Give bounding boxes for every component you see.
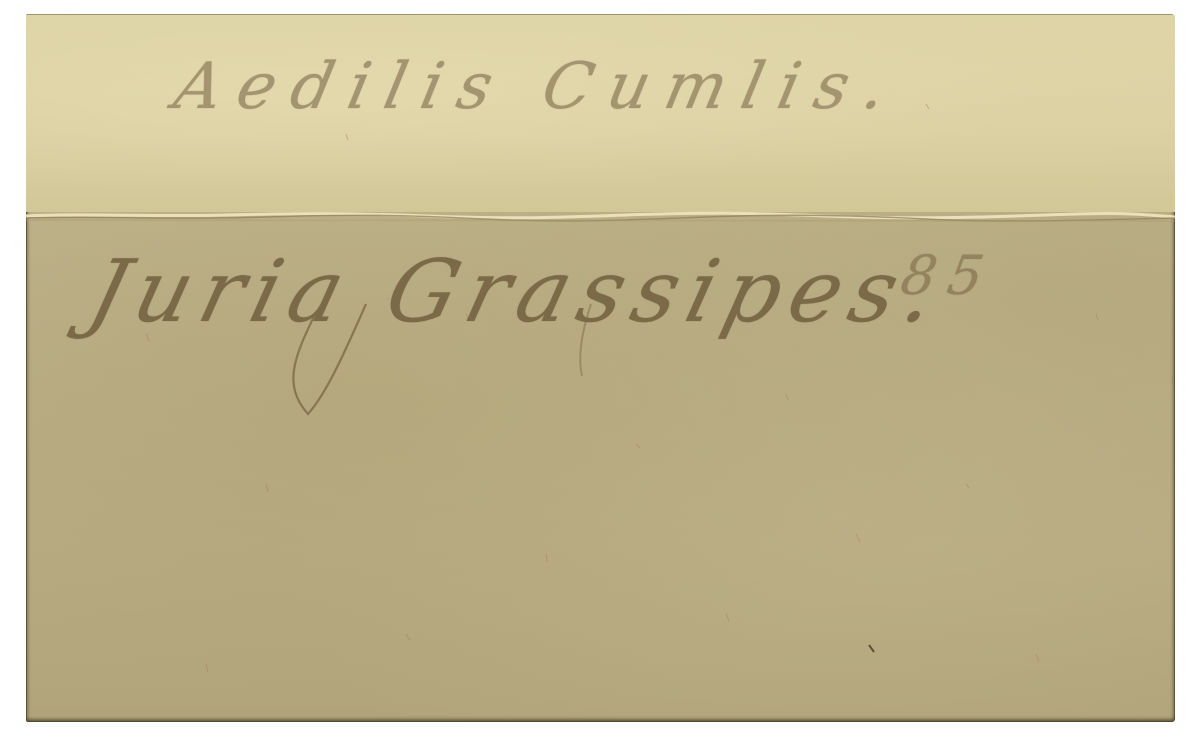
photo-stage: Aedilis Cumlis. Juria Grassipes. 85 (0, 0, 1200, 751)
species-handwriting: Juria Grassipes. (80, 242, 956, 342)
envelope: Aedilis Cumlis. Juria Grassipes. 85 (26, 14, 1175, 722)
specimen-number: 85 (896, 244, 1000, 307)
fold-seam (26, 204, 1175, 226)
flap-handwriting: Aedilis Cumlis. (168, 50, 908, 124)
